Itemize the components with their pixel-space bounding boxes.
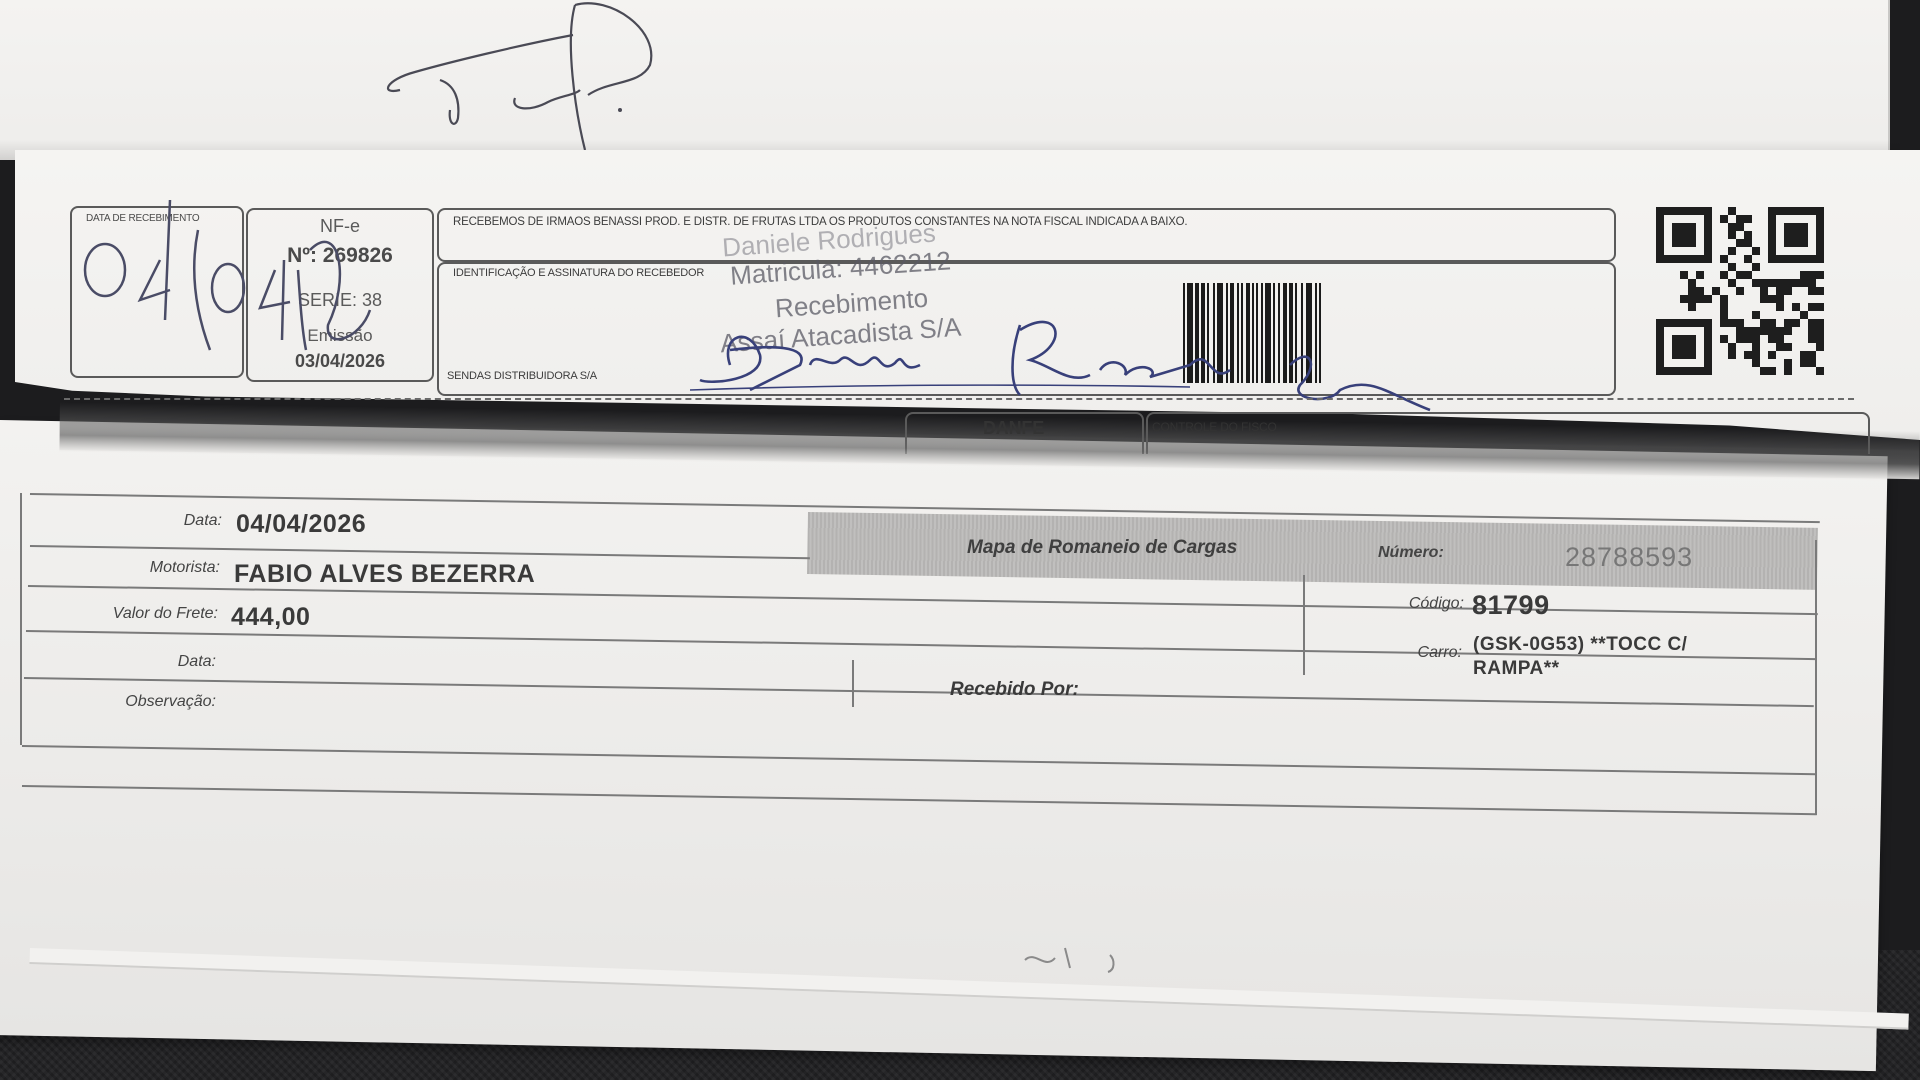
back-sheet <box>0 0 1890 160</box>
romaneio-title: Mapa de Romaneio de Cargas <box>967 537 1237 559</box>
numero-value: 28788593 <box>1565 542 1693 573</box>
right-border <box>1815 540 1817 815</box>
left-border <box>20 493 22 745</box>
recebemos-box: RECEBEMOS DE IRMAOS BENASSI PROD. E DIST… <box>437 208 1616 262</box>
numero-label: Número: <box>1378 544 1444 562</box>
motorista-label: Motorista: <box>100 559 220 577</box>
data-value: 04/04/2026 <box>236 510 366 539</box>
cut-line <box>64 398 1854 400</box>
paper-crease <box>1010 930 1170 990</box>
qr-code <box>1650 207 1830 375</box>
codigo-value: 81799 <box>1472 590 1550 621</box>
carro-value-line1: (GSK-0G53) **TOCC C/ <box>1473 634 1687 656</box>
col-divider <box>1303 575 1305 675</box>
identificacao-label: IDENTIFICAÇÃO E ASSINATURA DO RECEBEDOR <box>453 267 704 279</box>
col-divider <box>852 660 854 707</box>
recebido-por-label: Recebido Por: <box>950 679 1079 701</box>
handwritten-date <box>70 190 440 370</box>
valor-frete-value: 444,00 <box>231 603 310 632</box>
codigo-label: Código: <box>1380 595 1464 613</box>
observacao-label: Observação: <box>96 693 216 711</box>
motorista-value: FABIO ALVES BEZERRA <box>234 560 535 589</box>
recebedor-company: SENDAS DISTRIBUIDORA S/A <box>447 370 597 382</box>
carro-label: Carro: <box>1380 644 1462 662</box>
valor-frete-label: Valor do Frete: <box>80 605 218 623</box>
recebedor-signature <box>690 305 1450 425</box>
carro-value-line2: RAMPA** <box>1473 658 1560 680</box>
data2-label: Data: <box>120 653 216 671</box>
controle-fisco-label: CONTROLE DO FISCO <box>1152 420 1277 434</box>
top-signature <box>370 0 670 155</box>
data-label: Data: <box>120 512 222 530</box>
